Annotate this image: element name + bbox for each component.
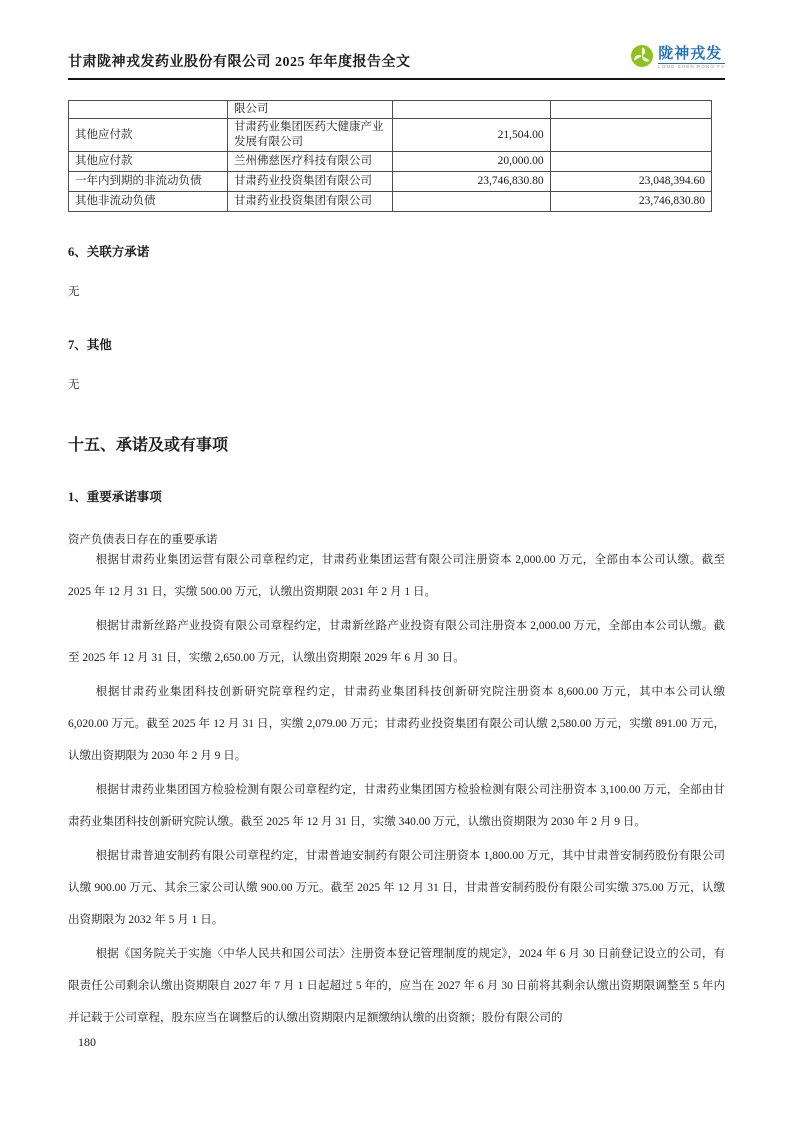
report-header: 甘肃陇神戎发药业股份有限公司 2025 年年度报告全文 陇神戎发 LONG SH	[68, 44, 725, 80]
section-6-body: 无	[68, 283, 725, 299]
table-cell: 21,504.00	[393, 119, 550, 152]
table-cell: 23,746,830.80	[393, 172, 550, 192]
table-row: 一年内到期的非流动负债 甘肃药业投资集团有限公司 23,746,830.80 2…	[69, 172, 712, 192]
commitments-paragraphs: 根据甘肃药业集团运营有限公司章程约定，甘肃药业集团运营有限公司注册资本 2,00…	[68, 544, 725, 1034]
section-15-heading: 十五、承诺及或有事项	[68, 432, 725, 455]
section-15-1-heading: 1、重要承诺事项	[68, 487, 725, 505]
section-7-body: 无	[68, 376, 725, 392]
table-row: 其他应付款 甘肃药业集团医药大健康产业发展有限公司 21,504.00	[69, 119, 712, 152]
table-row: 其他非流动负债 甘肃药业投资集团有限公司 23,746,830.80	[69, 192, 712, 212]
table-cell: 20,000.00	[393, 152, 550, 172]
table-cell	[550, 119, 711, 152]
logo-brand-text: 陇神戎发	[658, 47, 725, 62]
table-cell: 一年内到期的非流动负债	[69, 172, 228, 192]
table-cell: 其他应付款	[69, 152, 228, 172]
commitment-paragraph: 根据甘肃药业集团国方检验检测有限公司章程约定，甘肃药业集团国方检验检测有限公司注…	[68, 774, 725, 838]
logo-pinwheel-icon	[630, 44, 654, 73]
table-cell: 限公司	[227, 101, 393, 119]
page-number: 180	[78, 1035, 96, 1050]
commitment-paragraph: 根据甘肃药业集团科技创新研究院章程约定，甘肃药业集团科技创新研究院注册资本 8,…	[68, 676, 725, 772]
table-cell: 甘肃药业集团医药大健康产业发展有限公司	[227, 119, 393, 152]
section-6-heading: 6、关联方承诺	[68, 242, 725, 260]
table-cell: 甘肃药业投资集团有限公司	[227, 192, 393, 212]
related-party-table: 限公司 其他应付款 甘肃药业集团医药大健康产业发展有限公司 21,504.00 …	[68, 100, 712, 212]
section-7-heading: 7、其他	[68, 335, 725, 353]
table-cell	[69, 101, 228, 119]
page-title: 甘肃陇神戎发药业股份有限公司 2025 年年度报告全文	[68, 51, 411, 71]
table-cell: 其他应付款	[69, 119, 228, 152]
table-cell: 23,048,394.60	[550, 172, 711, 192]
table-cell	[550, 101, 711, 119]
commitment-paragraph: 根据甘肃普迪安制药有限公司章程约定，甘肃普迪安制药有限公司注册资本 1,800.…	[68, 840, 725, 936]
table-cell	[393, 101, 550, 119]
table-cell: 23,746,830.80	[550, 192, 711, 212]
commitment-paragraph: 根据甘肃新丝路产业投资有限公司章程约定，甘肃新丝路产业投资有限公司注册资本 2,…	[68, 610, 725, 674]
table-cell: 甘肃药业投资集团有限公司	[227, 172, 393, 192]
logo-brand-subtext: LONG SHEN RONG FA	[658, 63, 725, 70]
commitment-paragraph: 根据甘肃药业集团运营有限公司章程约定，甘肃药业集团运营有限公司注册资本 2,00…	[68, 544, 725, 608]
report-page: 甘肃陇神戎发药业股份有限公司 2025 年年度报告全文 陇神戎发 LONG SH	[0, 0, 793, 1122]
table-cell: 兰州佛慈医疗科技有限公司	[227, 152, 393, 172]
commitment-paragraph: 根据《国务院关于实施〈中华人民共和国公司法〉注册资本登记管理制度的规定》，202…	[68, 938, 725, 1034]
company-logo: 陇神戎发 LONG SHEN RONG FA	[630, 44, 725, 73]
table-cell: 其他非流动负债	[69, 192, 228, 212]
table-cell	[393, 192, 550, 212]
table-row: 限公司	[69, 101, 712, 119]
table-cell	[550, 152, 711, 172]
table-row: 其他应付款 兰州佛慈医疗科技有限公司 20,000.00	[69, 152, 712, 172]
logo-text: 陇神戎发 LONG SHEN RONG FA	[658, 47, 725, 70]
page-content: 甘肃陇神戎发药业股份有限公司 2025 年年度报告全文 陇神戎发 LONG SH	[68, 0, 725, 1036]
